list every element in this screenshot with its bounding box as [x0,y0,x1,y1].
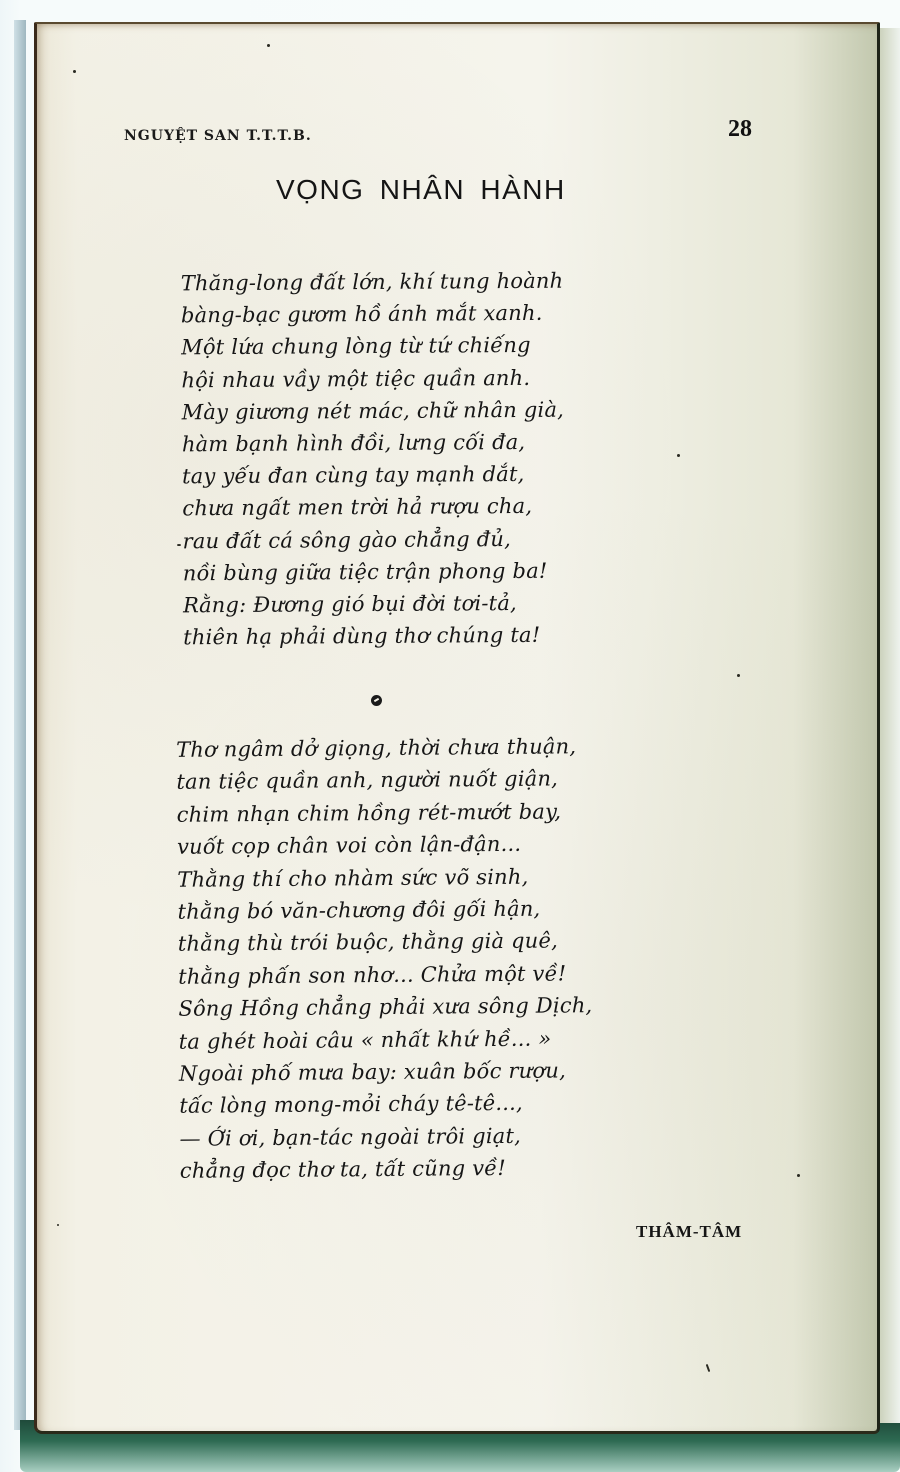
paper-scratch [706,1364,711,1372]
page-number: 28 [728,116,752,143]
poem-line: Rằng: Đương gió bụi đời tơi-tả, [183,587,566,622]
running-head: NGUYỆT SAN T.T.T.B. [124,128,312,144]
page-sheet [34,22,880,1434]
poem-line: chưa ngất men trời hả rượu cha, [182,490,565,525]
poem-line: Thơ ngâm dở giọng, thời chưa thuận, [176,730,590,766]
poem-stanza-2: Thơ ngâm dở giọng, thời chưa thuận, tan … [176,730,594,1187]
poem-line: ta ghét hoài câu « nhất khứ hề... » [179,1022,593,1058]
poem-line: tan tiệc quần anh, người nuốt giận, [176,763,590,799]
poem-line: vuốt cọp chân voi còn lận-đận... [177,827,591,863]
poem-line: chẳng đọc thơ ta, tất cũng về! [180,1151,594,1187]
paper-speck [57,1224,59,1226]
book-cover-left-edge [14,20,26,1430]
paper-speck [177,544,181,546]
poem-line: — Ới ơi, bạn-tác ngoài trôi giạt, [179,1119,593,1155]
paper-speck [73,70,76,73]
poem-line: Sông Hồng chẳng phải xưa sông Dịch, [178,989,592,1025]
scanned-book-page: NGUYỆT SAN T.T.T.B. 28 VỌNG NHÂN HÀNH Th… [0,0,900,1472]
poem-line: thằng thù trói buộc, thằng già quê, [178,925,592,961]
ornament-icon [371,695,382,706]
poem-line: hàm bạnh hình đồi, lưng cối đa, [182,426,565,461]
poem-line: Một lứa chung lòng từ tứ chiếng [181,329,564,364]
author-signature: THÂM-TÂM [636,1222,742,1242]
poem-line: hội nhau vầy một tiệc quần anh. [181,361,564,396]
paper-speck [677,454,680,457]
poem-line: Thằng thí cho nhàm sức võ sinh, [177,860,591,896]
poem-line: thiên hạ phải dùng thơ chúng ta! [183,619,566,654]
poem-line: thằng bó văn-chương đôi gối hận, [177,892,591,928]
poem-line: rau đất cá sông gào chẳng đủ, [182,522,565,557]
paper-speck [797,1174,800,1177]
poem-line: Mày giương nét mác, chữ nhân già, [182,393,565,428]
poem-line: tay yếu đan cùng tay mạnh dắt, [182,458,565,493]
poem-stanza-1: Thăng-long đất lớn, khí tung hoành bàng-… [181,265,566,654]
poem-line: chim nhạn chim hồng rét-mướt bay, [177,795,591,831]
paper-speck [267,44,270,47]
poem-line: thằng phấn son nhơ... Chửa một về! [178,957,592,993]
poem-title: VỌNG NHÂN HÀNH [276,174,566,206]
poem-line: nồi bùng giữa tiệc trận phong ba! [183,554,566,589]
poem-line: Thăng-long đất lớn, khí tung hoành [181,265,564,300]
poem-line: bàng-bạc gươm hồ ánh mắt xanh. [181,297,564,332]
paper-speck [737,674,740,677]
poem-line: Ngoài phố mưa bay: xuân bốc rượu, [179,1054,593,1090]
page-edge-right [878,28,900,1423]
poem-line: tấc lòng mong-mỏi cháy tê-tê..., [179,1087,593,1123]
